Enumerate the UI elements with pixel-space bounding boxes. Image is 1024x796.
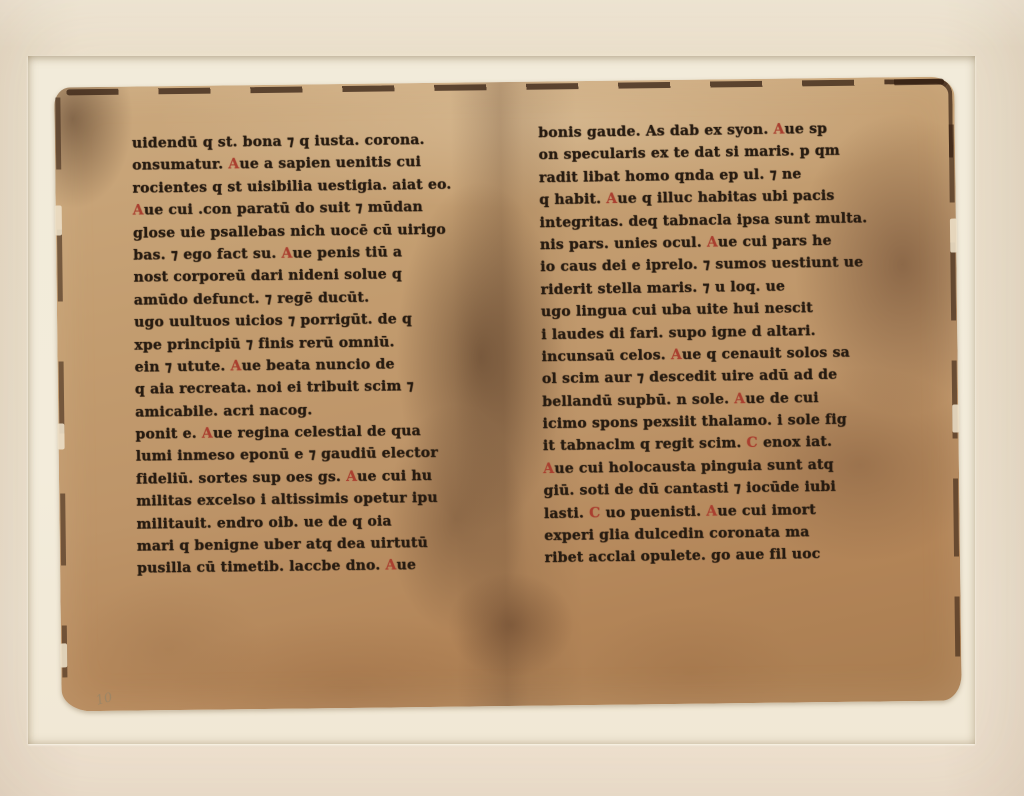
edge-notch (60, 643, 67, 667)
gallery-wall: uidendū q st. bona ⁊ q iusta. corona. on… (0, 0, 1024, 796)
leaf-edge-marks-top (66, 79, 944, 96)
edge-notch (55, 205, 62, 235)
mat-window: uidendū q st. bona ⁊ q iusta. corona. on… (28, 56, 975, 744)
leaf-edge-marks-right (948, 85, 960, 657)
manuscript-page-right: bonis gaude. As dab ex syon. Aue sp on s… (538, 116, 947, 570)
manuscript-line: ribet acclai opulete. go aue fil uoc (544, 542, 946, 570)
edge-notch (57, 423, 64, 449)
edge-notch (950, 219, 957, 253)
leaf-edge-marks-left (55, 97, 67, 677)
manuscript-line: pusilla cū timetib. laccbe dno. Aue (137, 553, 517, 580)
edge-notch (952, 404, 959, 432)
manuscript-page-left: uidendū q st. bona ⁊ q iusta. corona. on… (132, 128, 517, 580)
manuscript-leaf: uidendū q st. bona ⁊ q iusta. corona. on… (54, 77, 962, 712)
